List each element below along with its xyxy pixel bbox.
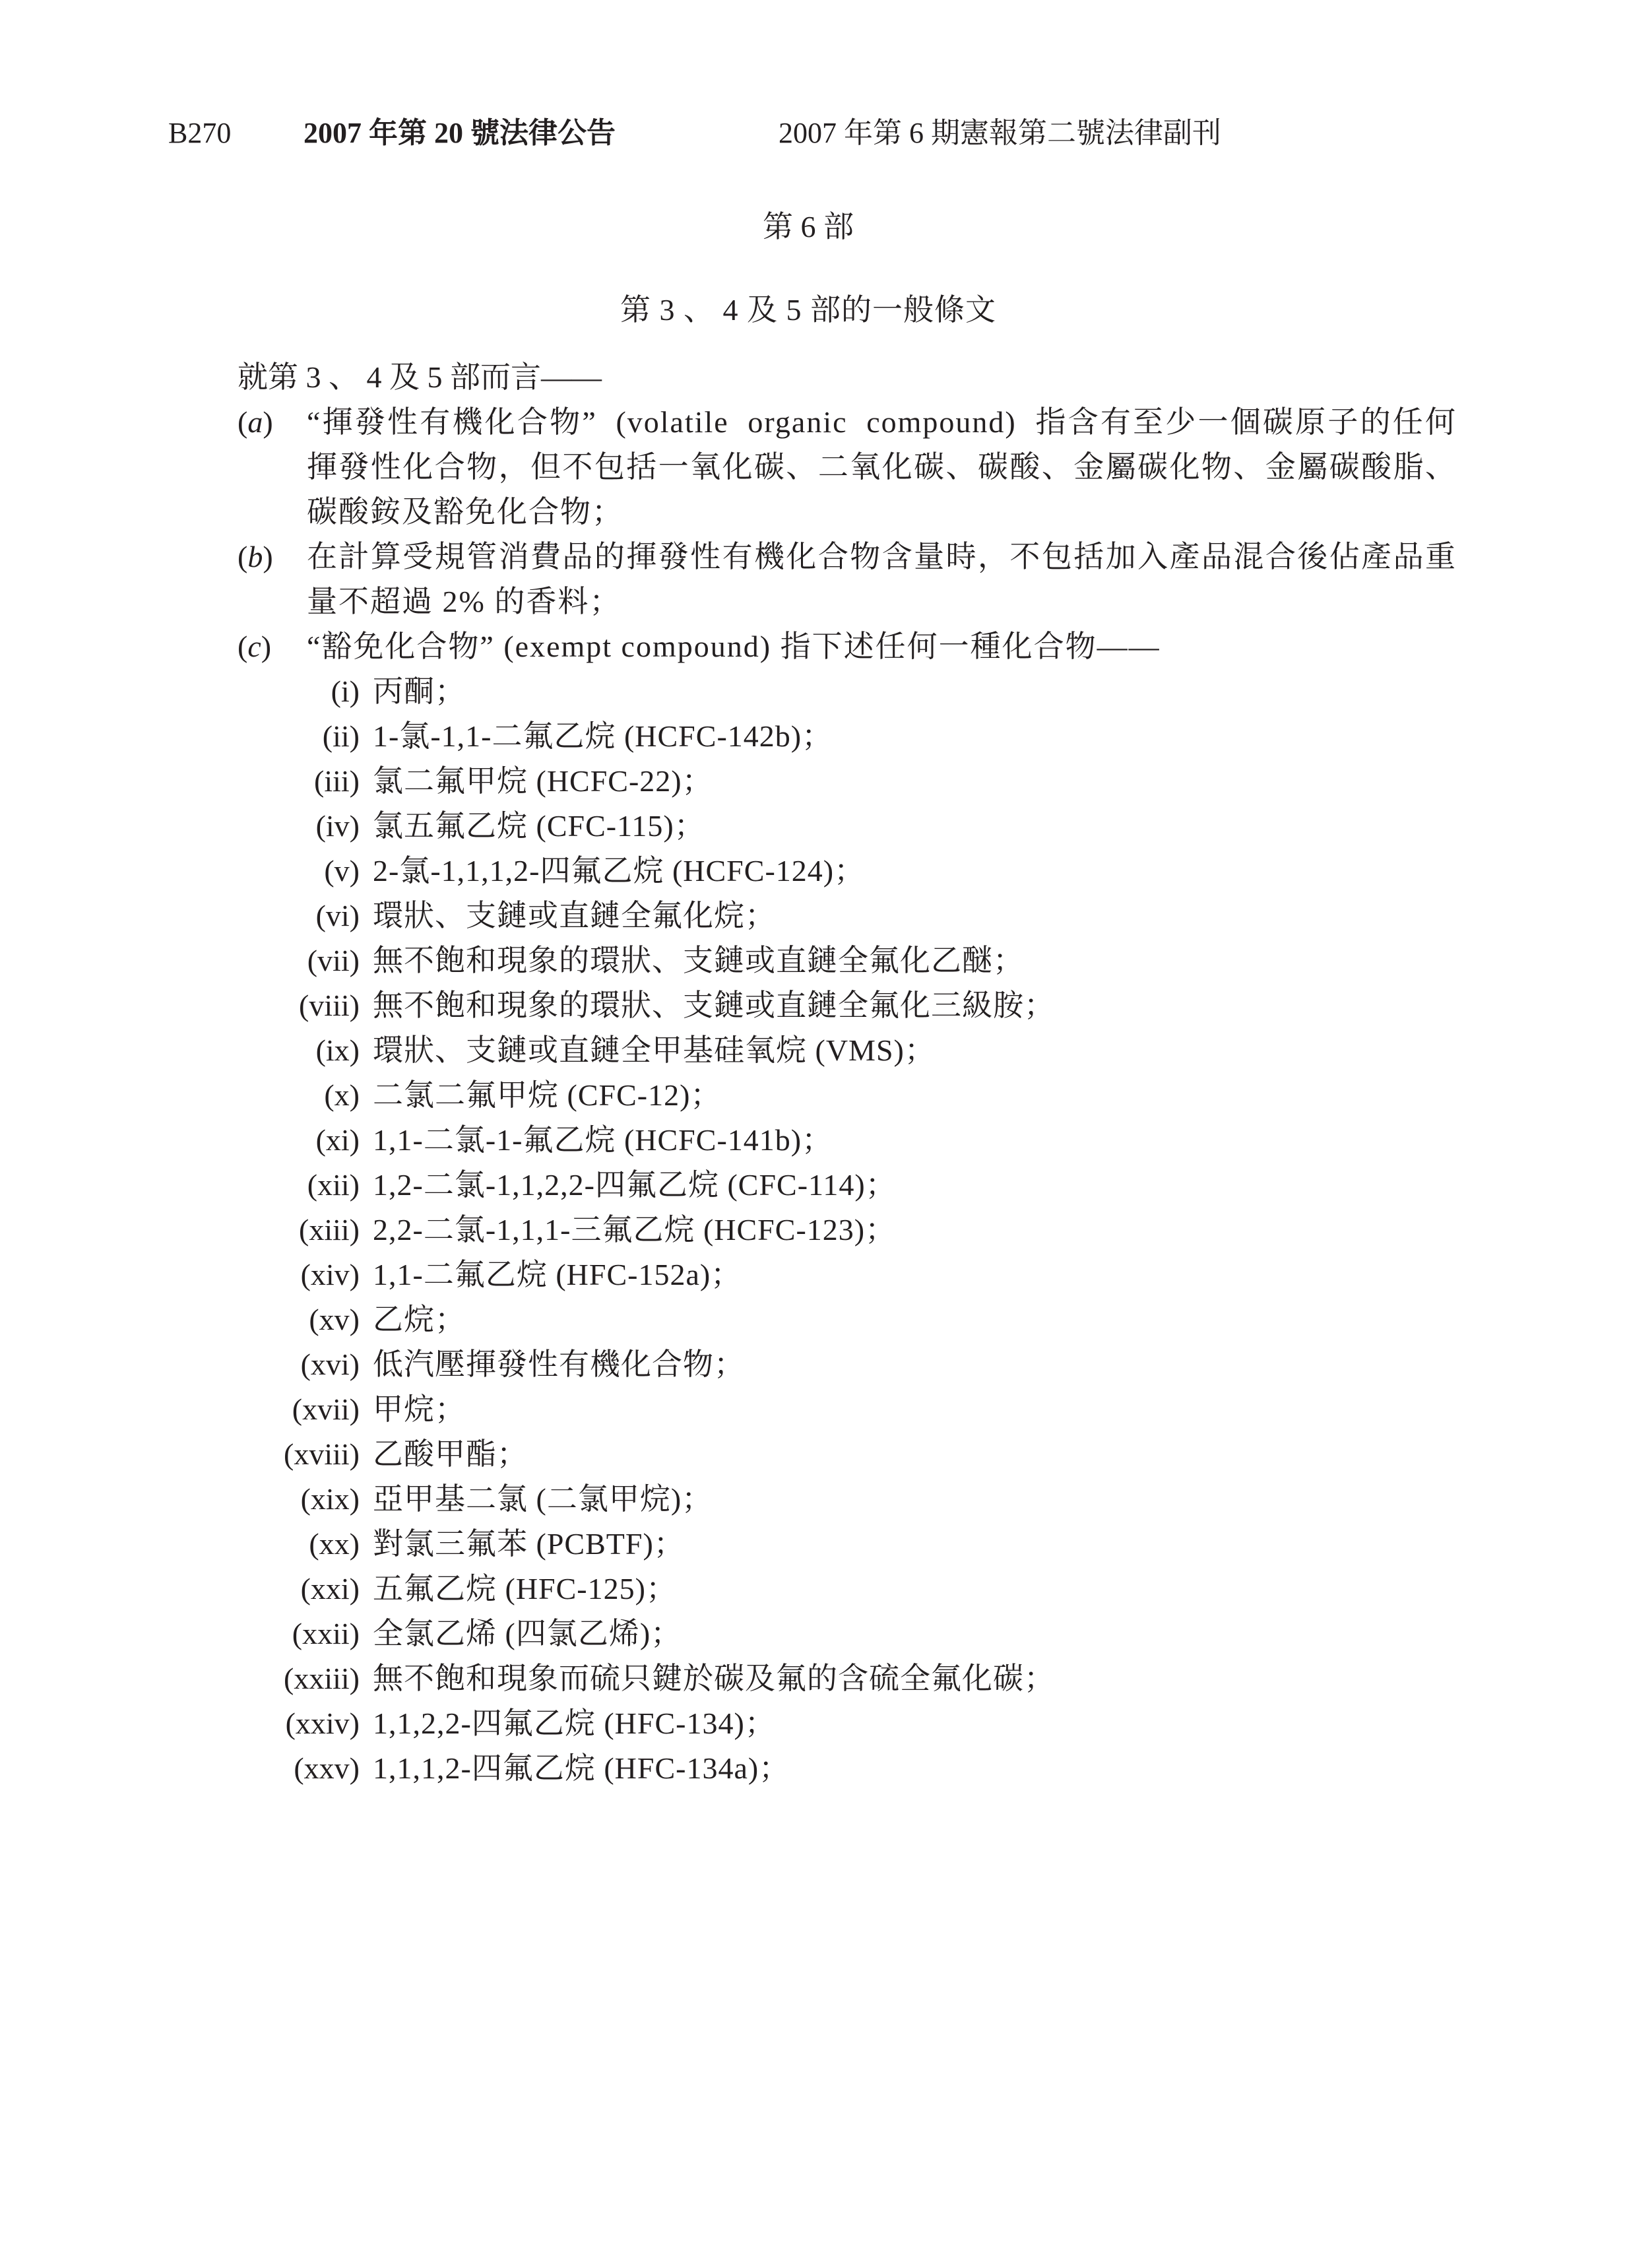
list-item: (xxi)五氟乙烷 (HFC-125)； [238,1567,1457,1611]
item-label: (xxiv) [238,1701,373,1746]
paragraph-text: “豁免化合物” (exempt compound) 指下述任何一種化合物—— [307,624,1457,669]
list-item: (xx)對氯三氟苯 (PCBTF)； [238,1522,1457,1567]
item-label: (xxv) [238,1746,373,1791]
list-item: (xiv)1,1-二氟乙烷 (HFC-152a)； [238,1252,1457,1297]
item-text: 2,2-二氯-1,1,1-三氟乙烷 (HCFC-123)； [373,1208,896,1252]
list-item: (xv)乙烷； [238,1297,1457,1342]
list-item: (iv)氯五氟乙烷 (CFC-115)； [238,804,1457,849]
list-item: (xxii)全氯乙烯 (四氯乙烯)； [238,1611,1457,1656]
item-label: (viii) [238,983,373,1028]
paragraph-b: (b) 在計算受規管消費品的揮發性有機化合物含量時，不包括加入產品混合後佔產品重… [238,535,1457,624]
item-text: 1,2-二氯-1,1,2,2-四氟乙烷 (CFC-114)； [373,1163,897,1208]
item-label: (xx) [238,1522,373,1567]
part-subheading: 第 3 、 4 及 5 部的一般條文 [0,289,1616,331]
paragraph-text: 在計算受規管消費品的揮發性有機化合物含量時，不包括加入產品混合後佔產品重量不超過… [307,535,1457,624]
item-label: (xi) [238,1118,373,1163]
list-item: (xvii)甲烷； [238,1387,1457,1432]
item-label: (xvii) [238,1387,373,1432]
paragraph-a: (a) “揮發性有機化合物” (volatile organic compoun… [238,400,1457,535]
item-text: 低汽壓揮發性有機化合物； [373,1342,745,1387]
item-label: (vi) [238,893,373,938]
item-label: (iii) [238,759,373,804]
list-item: (xxv)1,1,1,2-四氟乙烷 (HFC-134a)； [238,1746,1457,1791]
list-item: (ix)環狀、支鏈或直鏈全甲基硅氧烷 (VMS)； [238,1028,1457,1073]
item-text: 環狀、支鏈或直鏈全氟化烷； [373,893,776,938]
page-number: B270 [168,113,231,153]
paragraph-c: (c) “豁免化合物” (exempt compound) 指下述任何一種化合物… [238,624,1457,669]
list-item: (xxiii)無不飽和現象而硫只鍵於碳及氟的含硫全氟化碳； [238,1656,1457,1701]
list-item: (vii)無不飽和現象的環狀、支鏈或直鏈全氟化乙醚； [238,938,1457,983]
list-item: (xii)1,2-二氯-1,1,2,2-四氟乙烷 (CFC-114)； [238,1163,1457,1208]
list-item: (xiii)2,2-二氯-1,1,1-三氟乙烷 (HCFC-123)； [238,1208,1457,1252]
list-item: (x)二氯二氟甲烷 (CFC-12)； [238,1073,1457,1118]
item-text: 氯二氟甲烷 (HCFC-22)； [373,759,713,804]
item-label: (xxii) [238,1611,373,1656]
item-label: (ix) [238,1028,373,1073]
item-text: 五氟乙烷 (HFC-125)； [373,1567,677,1611]
list-item: (xxiv)1,1,2,2-四氟乙烷 (HFC-134)； [238,1701,1457,1746]
item-text: 無不飽和現象而硫只鍵於碳及氟的含硫全氟化碳； [373,1656,1055,1701]
item-text: 1,1,2,2-四氟乙烷 (HFC-134)； [373,1701,776,1746]
gazette-supplement-title: 2007 年第 6 期憲報第二號法律副刊 [779,113,1221,153]
list-item: (viii)無不飽和現象的環狀、支鏈或直鏈全氟化三級胺； [238,983,1457,1028]
item-label: (xv) [238,1297,373,1342]
item-text: 1,1,1,2-四氟乙烷 (HFC-134a)； [373,1746,790,1791]
paragraph-label: (c) [238,624,307,669]
list-item: (xi)1,1-二氯-1-氟乙烷 (HCFC-141b)； [238,1118,1457,1163]
item-label: (xviii) [238,1432,373,1477]
item-text: 1-氯-1,1-二氟乙烷 (HCFC-142b)； [373,714,833,759]
item-label: (xiv) [238,1252,373,1297]
list-item: (vi)環狀、支鏈或直鏈全氟化烷； [238,893,1457,938]
item-text: 乙烷； [373,1297,466,1342]
item-text: 甲烷； [373,1387,466,1432]
legal-notice-number: 2007 年第 20 號法律公告 [303,113,616,153]
paragraph-label: (a) [238,400,307,445]
item-label: (v) [238,849,373,893]
list-item: (xvi)低汽壓揮發性有機化合物； [238,1342,1457,1387]
item-label: (xix) [238,1477,373,1522]
item-label: (vii) [238,938,373,983]
list-item: (v)2-氯-1,1,1,2-四氟乙烷 (HCFC-124)； [238,849,1457,893]
list-item: (i)丙酮； [238,669,1457,714]
item-text: 1,1-二氟乙烷 (HFC-152a)； [373,1252,742,1297]
item-label: (xii) [238,1163,373,1208]
item-text: 丙酮； [373,669,466,714]
list-item: (iii)氯二氟甲烷 (HCFC-22)； [238,759,1457,804]
section-body: 就第 3 、 4 及 5 部而言—— (a) “揮發性有機化合物” (volat… [238,355,1457,1791]
item-label: (xxi) [238,1567,373,1611]
item-label: (iv) [238,804,373,849]
paragraph-text: “揮發性有機化合物” (volatile organic compound) 指… [307,400,1457,535]
item-text: 1,1-二氯-1-氟乙烷 (HCFC-141b)； [373,1118,833,1163]
item-label: (ii) [238,714,373,759]
item-text: 2-氯-1,1,1,2-四氟乙烷 (HCFC-124)； [373,849,865,893]
item-text: 環狀、支鏈或直鏈全甲基硅氧烷 (VMS)； [373,1028,936,1073]
item-text: 對氯三氟苯 (PCBTF)； [373,1522,685,1567]
item-label: (x) [238,1073,373,1118]
item-text: 氯五氟乙烷 (CFC-115)； [373,804,705,849]
item-text: 全氯乙烯 (四氯乙烯)； [373,1611,682,1656]
item-label: (xvi) [238,1342,373,1387]
item-label: (i) [238,669,373,714]
item-text: 二氯二氟甲烷 (CFC-12)； [373,1073,721,1118]
item-text: 無不飽和現象的環狀、支鏈或直鏈全氟化三級胺； [373,983,1055,1028]
intro-line: 就第 3 、 4 及 5 部而言—— [238,355,1457,400]
list-item: (xviii)乙酸甲酯； [238,1432,1457,1477]
item-text: 乙酸甲酯； [373,1432,528,1477]
item-text: 亞甲基二氯 (二氯甲烷)； [373,1477,713,1522]
item-label: (xiii) [238,1208,373,1252]
paragraph-label: (b) [238,535,307,579]
list-item: (ii)1-氯-1,1-二氟乙烷 (HCFC-142b)； [238,714,1457,759]
exempt-compound-list: (i)丙酮； (ii)1-氯-1,1-二氟乙烷 (HCFC-142b)； (ii… [238,669,1457,1791]
item-text: 無不飽和現象的環狀、支鏈或直鏈全氟化乙醚； [373,938,1024,983]
running-header: B270 2007 年第 20 號法律公告 2007 年第 6 期憲報第二號法律… [168,113,1290,153]
part-heading: 第 6 部 [0,206,1616,248]
item-label: (xxiii) [238,1656,373,1701]
list-item: (xix)亞甲基二氯 (二氯甲烷)； [238,1477,1457,1522]
